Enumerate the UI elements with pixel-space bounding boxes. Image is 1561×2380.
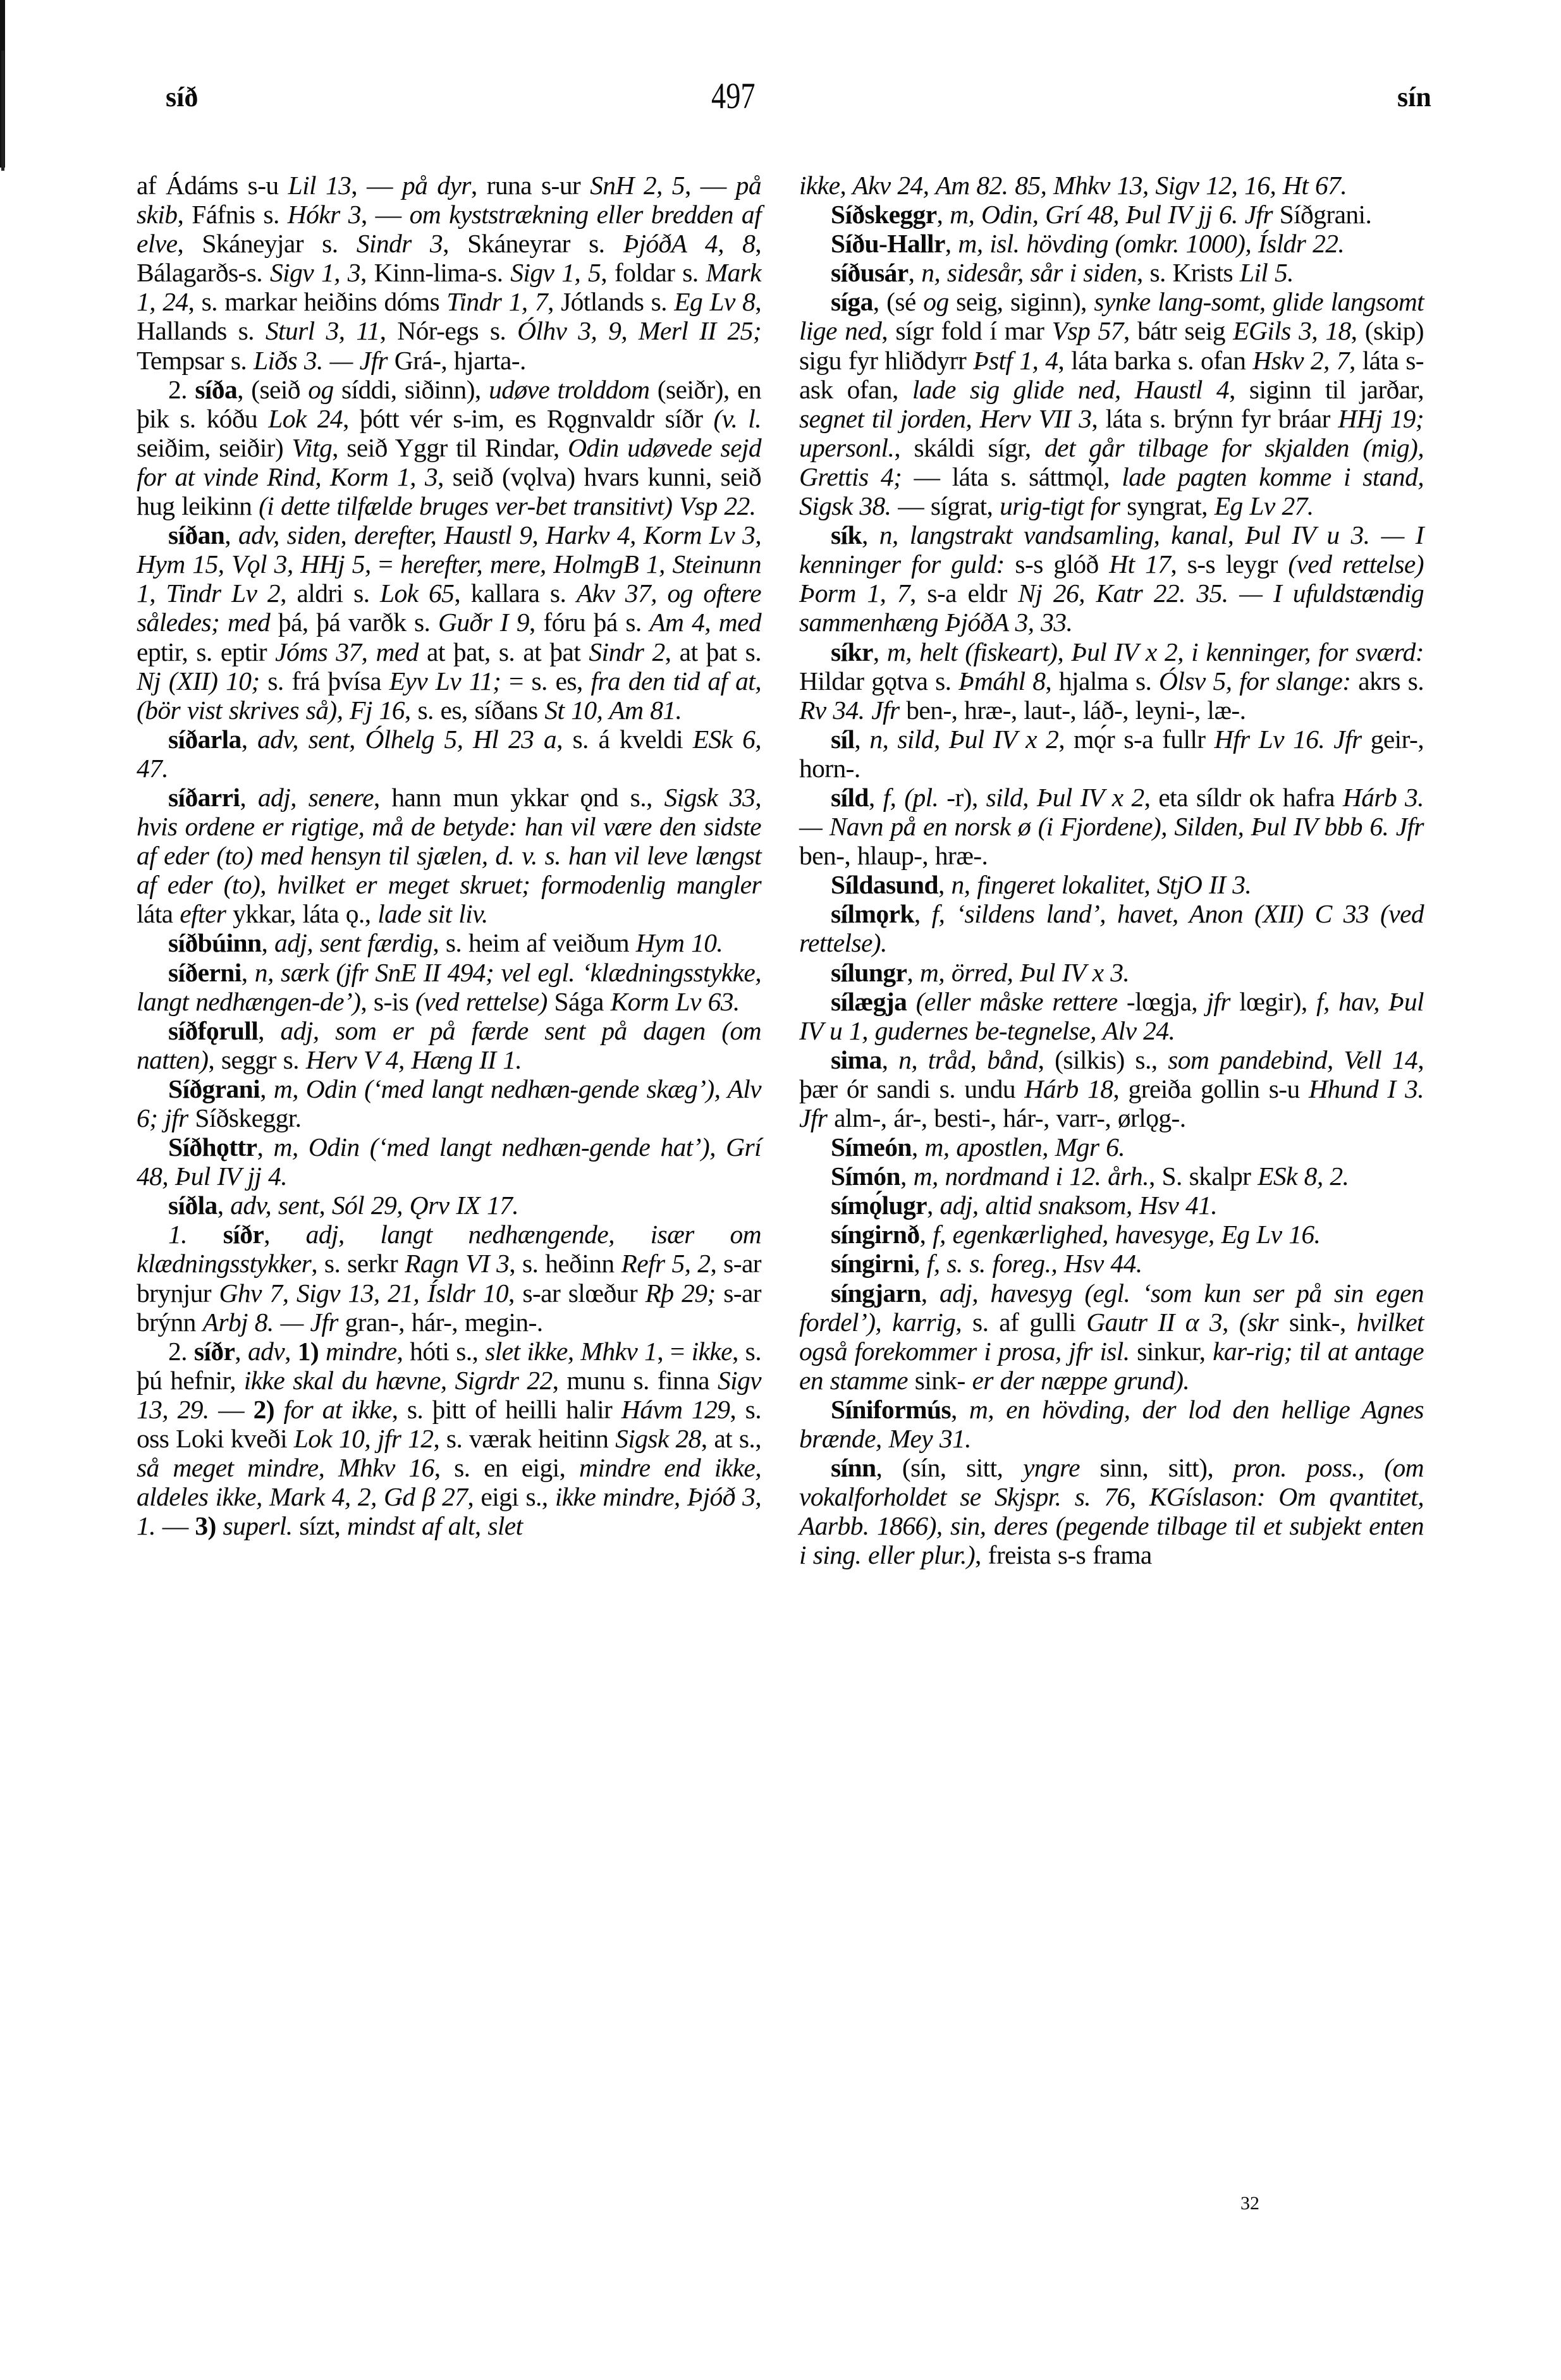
italic-text: Hárb 18 [1024, 1074, 1113, 1103]
italic-text: Eyv Lv 11; [389, 666, 501, 696]
entry-text: , greiða gollin s-u [1113, 1074, 1309, 1103]
italic-text: som pandebind, Vell 14 [1168, 1045, 1417, 1074]
entry-text: Hildar gǫtva s. [799, 666, 958, 696]
headword: Símeón [831, 1132, 912, 1162]
italic-text: m, örred, Þul IV x 3. [920, 958, 1129, 987]
entry-text: , — [685, 171, 736, 200]
entry-text: , [285, 1337, 298, 1366]
italic-text: ESk 8, 2. [1258, 1162, 1349, 1191]
dictionary-entry: síl, n, sild, Þul IV x 2, mǫ́r s-a fullr… [799, 725, 1424, 783]
headword: síga [831, 287, 873, 316]
italic-text: f, egenkærlighed, havesyge, Eg Lv 16. [933, 1220, 1320, 1249]
entry-text: , fóru þá s. [529, 608, 649, 637]
italic-text: Þstf 1, 4 [973, 346, 1058, 375]
entry-text: , eigi s., [467, 1482, 554, 1511]
italic-text: jfr [1206, 987, 1230, 1016]
headword: 2) [254, 1395, 274, 1424]
entry-text: , aldri s. [280, 579, 380, 608]
entry-text [274, 1395, 284, 1424]
entry-text: at þat, s. at þat [419, 637, 589, 666]
italic-text: så meget mindre, Mhkv 16 [137, 1453, 434, 1482]
entry-text: , [920, 1220, 933, 1249]
entry-text: , [938, 870, 952, 899]
entry-text: ykkar, láta ǫ., [226, 899, 377, 928]
italic-text: udøve trolddom [489, 375, 649, 404]
headword: Síðu-Hallr [831, 229, 945, 258]
entry-text: Tempsar s. [137, 346, 254, 375]
headword: síðarri [168, 783, 240, 812]
entry-text: , kallara s. [454, 579, 577, 608]
italic-text: m, apostlen, Mgr 6. [924, 1132, 1125, 1162]
entry-text: , s. þitt of heilli halir [392, 1395, 621, 1424]
italic-text: ÞjóðA 4, 8 [623, 229, 756, 258]
dictionary-entry: Síðu-Hallr, m, isl. hövding (omkr. 1000)… [799, 229, 1424, 258]
entry-text: , mǫ́r s-a fullr [1058, 725, 1214, 754]
headword: Síðgrani [168, 1074, 260, 1103]
italic-text: Gautr II α 3, (skr [1086, 1308, 1278, 1337]
italic-text: (v. l. [714, 404, 761, 433]
entry-text: , s-ar slœður [508, 1279, 646, 1308]
italic-text: Rv 34. Jfr [799, 696, 900, 725]
headword: síngirni [831, 1249, 914, 1278]
headword: síðr [194, 1337, 235, 1366]
dictionary-entry: síðarri, adj, senere, hann mun ykkar ǫnd… [137, 783, 761, 928]
italic-text: (i dette tilfælde bruges ver-bet transit… [259, 491, 756, 520]
dictionary-entry: Síðskeggr, m, Odin, Grí 48, Þul IV jj 6.… [799, 200, 1424, 229]
entry-text: 2. [168, 1337, 194, 1366]
italic-text: n, sidesår, sår i siden [921, 258, 1137, 287]
entry-text: , Skáneyrar s. [443, 229, 623, 258]
entry-text: , hóti s., [396, 1337, 485, 1366]
italic-text: n, tråd, bånd [898, 1045, 1038, 1074]
headword: síðla [168, 1191, 217, 1220]
headword: 3) [195, 1511, 216, 1540]
italic-text: ikke [692, 1337, 732, 1366]
headword: síld [831, 783, 869, 812]
italic-text: Sindr 2 [589, 637, 664, 666]
dictionary-entry: sílmǫrk, f, ‘sildens land’, havet, Anon … [799, 899, 1424, 957]
italic-text: urig-tigt for [1000, 491, 1120, 520]
dictionary-entry: Síldasund, n, fingeret lokalitet, StjO I… [799, 870, 1424, 899]
entry-text: af Ádáms s-u [137, 171, 288, 200]
italic-text: sild, Þul IV x 2 [986, 783, 1144, 812]
italic-text: Lok 65 [380, 579, 454, 608]
headword: síðarla [168, 725, 242, 754]
entry-text: þá, þá varðk s. [270, 608, 438, 637]
entry-text: , Kinn-lima-s. [360, 258, 510, 287]
dictionary-entry: Síðgrani, m, Odin (‘med langt nedhæn-gen… [137, 1074, 761, 1132]
entry-text: síddi, siðinn), [334, 375, 489, 404]
entry-text: , (sé [873, 287, 924, 316]
entry-text: sinn, sitt), [1080, 1453, 1233, 1482]
headword: sík [831, 520, 862, 549]
headword: sílmǫrk [831, 899, 914, 928]
entry-text: — [156, 1511, 195, 1540]
italic-text: m, nordmand i 12. årh. [914, 1162, 1149, 1191]
italic-text: adv, sent, Sól 29, Ǫrv IX 17. [230, 1191, 518, 1220]
headword: sínn [831, 1453, 876, 1482]
dictionary-entry: af Ádáms s-u Lil 13, — på dyr, runa s-ur… [137, 171, 761, 375]
entry-text: , (seið [237, 375, 308, 404]
entry-text: Síðgrani. [1273, 200, 1371, 229]
italic-text: Ghv 7, Sigv 13, 21, Ísldr 10 [219, 1279, 509, 1308]
entry-text: sink-, [1278, 1308, 1357, 1337]
italic-text: n, sild, Þul IV x 2 [869, 725, 1058, 754]
entry-text: gran-, hár-, megin-. [338, 1308, 543, 1337]
italic-text: efter [180, 899, 226, 928]
entry-text: Sága [548, 987, 611, 1016]
dictionary-entry: 2. síðr, adv, 1) mindre, hóti s., slet i… [137, 1337, 761, 1541]
headword: Síldasund [831, 870, 938, 899]
entry-text: , s. serkr [311, 1249, 405, 1278]
entry-text: , [900, 1162, 914, 1191]
entry-text: = [371, 549, 400, 579]
entry-text: — [209, 1395, 254, 1424]
page-number: 497 [711, 75, 756, 117]
dictionary-entry: Símón, m, nordmand i 12. årh., S. skalpr… [799, 1162, 1424, 1191]
headword: síða [195, 375, 237, 404]
entry-text: syngrat, [1120, 491, 1214, 520]
entry-text: , [242, 958, 255, 987]
italic-text: f, s. s. foreg., Hsv 44. [927, 1249, 1142, 1278]
entry-text: , [882, 1045, 899, 1074]
italic-text: Ragn VI 3 [405, 1249, 509, 1278]
right-guide-word: sín [1397, 81, 1431, 113]
italic-text: Nj (XII) 10; [137, 666, 260, 696]
italic-text: n, fingeret lokalitet, StjO II 3. [952, 870, 1252, 899]
headword: Símón [831, 1162, 900, 1191]
signature-mark: 32 [1240, 2193, 1259, 2214]
headword: símǫ́lugr [831, 1191, 927, 1220]
headword: síðr [223, 1220, 264, 1249]
entry-text [319, 1337, 326, 1366]
entry-text: eptir, s. eptir [137, 637, 275, 666]
entry-text: , s. værak heitinn [433, 1424, 615, 1453]
italic-text: og [923, 287, 948, 316]
dictionary-entry: sílungr, m, örred, Þul IV x 3. [799, 958, 1424, 987]
entry-text: , [258, 1016, 280, 1045]
italic-text: Vsp 57 [1052, 316, 1123, 345]
entry-text: -r), [938, 783, 986, 812]
entry-text: , s. á kveldi [556, 725, 693, 754]
italic-text: Sigv 1, 5 [510, 258, 601, 287]
entry-text: , [261, 928, 274, 957]
entry-text: , munu s. finna [553, 1366, 718, 1395]
entry-text: , s-is [360, 987, 415, 1016]
italic-text: Refr 5, 2 [621, 1249, 710, 1278]
italic-text: EGils 3, 18 [1233, 316, 1350, 345]
italic-text: superl. [223, 1511, 293, 1540]
italic-text: Ht 17 [1109, 549, 1170, 579]
dictionary-entry: síngirni, f, s. s. foreg., Hsv 44. [799, 1249, 1424, 1278]
entry-text: , runa s-ur [471, 171, 590, 200]
italic-text: er der næppe grund). [972, 1366, 1190, 1395]
italic-text: Eg Lv 8 [674, 287, 755, 316]
italic-text: adv, sent, Ólhelg 5, Hl 23 a [257, 725, 556, 754]
italic-text: Sindr 3 [357, 229, 443, 258]
entry-text: , [264, 1220, 306, 1249]
italic-text: Tindr 1, 7 [446, 287, 548, 316]
dictionary-entry: síngirnð, f, egenkærlighed, havesyge, Eg… [799, 1220, 1424, 1249]
entry-text: , þótt vér s-im, es Rǫgnvaldr síðr [343, 404, 714, 433]
dictionary-entry: síðusár, n, sidesår, sår i siden, s. Kri… [799, 258, 1424, 287]
headword: síðbúinn [168, 928, 261, 957]
italic-text: Hym 10. [636, 928, 723, 957]
entry-text: , láta s. brýnn fyr bráar [1091, 404, 1338, 433]
dictionary-entry: síðerni, n, særk (jfr SnE II 494; vel eg… [137, 958, 761, 1016]
entry-text: , [217, 1191, 231, 1220]
italic-text: lade sit liv. [377, 899, 487, 928]
entry-text: , [937, 200, 950, 229]
italic-text: mindst af alt, slet [347, 1511, 523, 1540]
entry-text: , [945, 229, 958, 258]
entry-text: 2. [168, 375, 195, 404]
italic-text: på dyr [402, 171, 471, 200]
dictionary-entry: sílægja (eller måske rettere -lœgja, jfr… [799, 987, 1424, 1045]
dictionary-entry: Síniformús, m, en hövding, der lod den h… [799, 1395, 1424, 1453]
entry-text: , [927, 1191, 940, 1220]
entry-text: , Nór-egs s. [380, 316, 518, 345]
entry-text: , s. es, síðans [405, 696, 545, 725]
italic-text: ikke skal du hævne, Sigrdr 22 [244, 1366, 553, 1395]
entry-text: , [862, 520, 879, 549]
italic-text: Þmáhl 8 [958, 666, 1045, 696]
headword: síkr [831, 637, 873, 666]
dictionary-entry: Síðhǫttr, m, Odin (‘med langt nedhæn-gen… [137, 1132, 761, 1191]
italic-text: lade sig glide ned, Haustl 4 [912, 375, 1229, 404]
entry-text: , siginn til jarðar, [1229, 375, 1424, 404]
dictionary-entry: síngjarn, adj, havesyg (egl. ‘som kun se… [799, 1279, 1424, 1395]
dictionary-entry: síðla, adv, sent, Sól 29, Ǫrv IX 17. [137, 1191, 761, 1220]
entry-text: , [921, 1279, 940, 1308]
entry-text: alm-, ár-, besti-, hár-, varr-, ørlǫg-. [827, 1103, 1185, 1132]
italic-text: Ólhv 3, 9, Merl II 25; [517, 316, 761, 345]
headword: síðfǫrull [168, 1016, 258, 1045]
headword: síl [831, 725, 854, 754]
dictionary-entry: síðan, adv, siden, derefter, Haustl 9, H… [137, 520, 761, 725]
entry-text: , Jótlands s. [548, 287, 674, 316]
entry-text: , [257, 1132, 273, 1162]
entry-text: , [260, 1074, 274, 1103]
headword: sima [831, 1045, 882, 1074]
dictionary-entry: símǫ́lugr, adj, altid snaksom, Hsv 41. [799, 1191, 1424, 1220]
entry-text: Grá-, hjarta-. [388, 346, 526, 375]
headword: síngjarn [831, 1279, 921, 1308]
italic-text: Herv V 4, Hæng II 1. [306, 1045, 522, 1074]
italic-text: ikke, Akv 24, Am 82. 85, Mhkv 13, Sigv 1… [799, 171, 1347, 200]
entry-text: , sígr fold í mar [881, 316, 1051, 345]
italic-text: slet ikke, Mhkv 1 [485, 1337, 657, 1366]
headword: 1) [298, 1337, 319, 1366]
dictionary-entry: sínn, (sín, sitt, yngre sinn, sitt), pro… [799, 1453, 1424, 1569]
entry-text: , (sín, sitt, [876, 1453, 1022, 1482]
italic-text: Lil 13 [288, 171, 352, 200]
entry-text: seiðim, seiðir) [137, 433, 291, 462]
entry-text: , [873, 637, 887, 666]
entry-text: sink- [908, 1366, 972, 1395]
entry-text: , s. markar heiðins dóms [188, 287, 447, 316]
italic-text: Vitg [291, 433, 332, 462]
entry-text: , eta síldr ok hafra [1144, 783, 1343, 812]
dictionary-entry: síðbúinn, adj, sent færdig, s. heim af v… [137, 928, 761, 957]
italic-text: Arbj 8. — Jfr [203, 1308, 338, 1337]
right-column: ikke, Akv 24, Am 82. 85, Mhkv 13, Sigv 1… [799, 171, 1424, 1570]
entry-text: Síðskeggr. [188, 1103, 302, 1132]
italic-text: adj, altid snaksom, Hsv 41. [940, 1191, 1218, 1220]
entry-text: , at þat s. [665, 637, 761, 666]
left-guide-word: síð [166, 81, 198, 113]
entry-text: seig, siginn), [949, 287, 1094, 316]
italic-text: (eller måske rettere [916, 987, 1118, 1016]
entry-text: , [854, 725, 869, 754]
entry-text: , Fáfnis s. [177, 200, 287, 229]
entry-text: , s. heim af veiðum [432, 928, 635, 957]
entry-text: , [914, 1249, 927, 1278]
entry-text: , bátr seig [1123, 316, 1233, 345]
entry-text: sinkur, [1130, 1337, 1213, 1366]
italic-text: for at ikke [283, 1395, 391, 1424]
italic-text: og [308, 375, 333, 404]
italic-text: Lok 10, jfr 12 [294, 1424, 434, 1453]
left-column: af Ádáms s-u Lil 13, — på dyr, runa s-ur… [137, 171, 761, 1540]
italic-text: yngre [1023, 1453, 1080, 1482]
dictionary-entry: sík, n, langstrakt vandsamling, kanal, Þ… [799, 520, 1424, 637]
entry-text: , [909, 258, 922, 287]
entry-text: , láta barka s. ofan [1058, 346, 1252, 375]
headword: síðerni [168, 958, 242, 987]
italic-text: SnH 2, 5 [590, 171, 685, 200]
dictionary-entry: 2. síða, (seið og síddi, siðinn), udøve … [137, 375, 761, 520]
entry-text: , [224, 520, 238, 549]
entry-text: , seið Yggr til Rindar, [332, 433, 568, 462]
entry-text: s. frá þvísa [260, 666, 389, 696]
entry-text: ben-, hlaup-, hræ-. [799, 841, 988, 870]
entry-text: , [869, 783, 883, 812]
entry-text: , at s., [701, 1424, 761, 1453]
italic-text: Korm Lv 63. [611, 987, 740, 1016]
entry-text: , — [351, 171, 402, 200]
italic-text: Jóms 37, med [275, 637, 419, 666]
entry-text: , hann mun ykkar ǫnd s., [374, 783, 664, 812]
dictionary-entry: síga, (sé og seig, siginn), synke lang-s… [799, 287, 1424, 520]
entry-text: , [907, 958, 920, 987]
entry-text: — sígrat, [891, 491, 1000, 520]
entry-text: , [240, 783, 258, 812]
entry-text: , s-a eldr [910, 579, 1018, 608]
italic-text: Lok 24 [268, 404, 343, 433]
entry-text: , (silkis) s., [1038, 1045, 1168, 1074]
italic-text: Lil 5. [1240, 258, 1294, 287]
entry-text: , [242, 725, 257, 754]
entry-text: , [912, 1132, 925, 1162]
dictionary-entry: síld, f, (pl. -r), sild, Þul IV x 2, eta… [799, 783, 1424, 870]
entry-text: , [951, 1395, 969, 1424]
entry-text: , S. skalpr [1149, 1162, 1258, 1191]
dictionary-entry: Símeón, m, apostlen, Mgr 6. [799, 1132, 1424, 1162]
italic-text: St 10, Am 81. [544, 696, 682, 725]
entry-text: = s. es, [501, 666, 591, 696]
italic-text: adv [248, 1337, 285, 1366]
entry-text: , — [361, 200, 410, 229]
headword: Síniformús [831, 1395, 951, 1424]
italic-text: Hfr Lv 16. Jfr [1215, 725, 1362, 754]
italic-text: Eg Lv 27. [1215, 491, 1314, 520]
italic-text: adj, sent færdig [274, 928, 432, 957]
entry-text: , = [657, 1337, 691, 1366]
italic-text: Guðr I 9 [438, 608, 529, 637]
entry-text [907, 987, 915, 1016]
italic-text: f, (pl. [883, 783, 939, 812]
entry-text: , s. en eigi, [434, 1453, 579, 1482]
entry-text: s-s glóð [1005, 549, 1109, 579]
italic-text: adj, senere [258, 783, 374, 812]
entry-text: , s. af gulli [955, 1308, 1086, 1337]
italic-text: Hávm 129 [621, 1395, 730, 1424]
italic-text: m, Odin, Grí 48, Þul IV jj 6. Jfr [950, 200, 1273, 229]
entry-text: , foldar s. [601, 258, 706, 287]
entry-text: láta [137, 899, 180, 928]
entry-text: akrs s. [1350, 666, 1424, 696]
italic-text: Sturl 3, 11 [266, 316, 380, 345]
italic-text: Rþ 29; [646, 1279, 716, 1308]
italic-text: m, isl. hövding (omkr. 1000), Ísldr 22. [958, 229, 1344, 258]
entry-text: -lœgja, [1118, 987, 1207, 1016]
entry-text: , s. heðinn [509, 1249, 621, 1278]
entry-text: , seggr s. [208, 1045, 305, 1074]
entry-text [216, 1511, 223, 1540]
dictionary-entry: síðarla, adv, sent, Ólhelg 5, Hl 23 a, s… [137, 725, 761, 783]
dictionary-entry: ikke, Akv 24, Am 82. 85, Mhkv 13, Sigv 1… [799, 171, 1424, 200]
entry-text: lœgir), [1230, 987, 1316, 1016]
dictionary-entry: síkr, m, helt (fiskeart), Þul IV x 2, i … [799, 637, 1424, 725]
entry-text: ben-, hræ-, laut-, láð-, leyni-, læ-. [900, 696, 1246, 725]
italic-text: Sigv 1, 3 [270, 258, 360, 287]
italic-text: Hókr 3 [288, 200, 361, 229]
entry-text: , hjalma s. [1045, 666, 1159, 696]
headword: síngirnð [831, 1220, 920, 1249]
italic-text: Hskv 2, 7 [1252, 346, 1349, 375]
entry-text: — láta s. sáttmǫ́l, [902, 462, 1122, 491]
entry-text: , freista s-s frama [975, 1540, 1152, 1569]
scan-edge-shadow-lower [1, 51, 4, 171]
italic-text: segnet til jorden, Herv VII 3 [799, 404, 1091, 433]
italic-text: (ved rettelse) [415, 987, 548, 1016]
entry-text: , s-s leygr [1170, 549, 1288, 579]
dictionary-entry: sima, n, tråd, bånd, (silkis) s., som pa… [799, 1045, 1424, 1132]
headword: sílægja [831, 987, 907, 1016]
italic-text: m, helt (fiskeart), Þul IV x 2, i kennin… [887, 637, 1424, 666]
entry-text: , skáldi sígr, [894, 433, 1044, 462]
headword: sílungr [831, 958, 907, 987]
entry-text: , [235, 1337, 248, 1366]
italic-text: 1. [168, 1220, 223, 1249]
italic-text: mindre [326, 1337, 396, 1366]
italic-text: Am 4, med [649, 608, 761, 637]
headword: síðan [168, 520, 224, 549]
entry-text: , s. Krists [1137, 258, 1240, 287]
headword: Síðhǫttr [168, 1132, 257, 1162]
entry-text: , Skáneyjar s. [177, 229, 356, 258]
italic-text: Ólsv 5, for slange: [1159, 666, 1350, 696]
headword: Síðskeggr [831, 200, 937, 229]
dictionary-entry: 1. síðr, adj, langt nedhængende, især om… [137, 1220, 761, 1336]
entry-text: , [914, 899, 932, 928]
headword: síðusár [831, 258, 909, 287]
italic-text: Sigsk 28 [615, 1424, 701, 1453]
entry-text: sízt, [292, 1511, 347, 1540]
dictionary-entry: síðfǫrull, adj, som er på færde sent på … [137, 1016, 761, 1074]
italic-text: Liðs 3. — Jfr [254, 346, 388, 375]
